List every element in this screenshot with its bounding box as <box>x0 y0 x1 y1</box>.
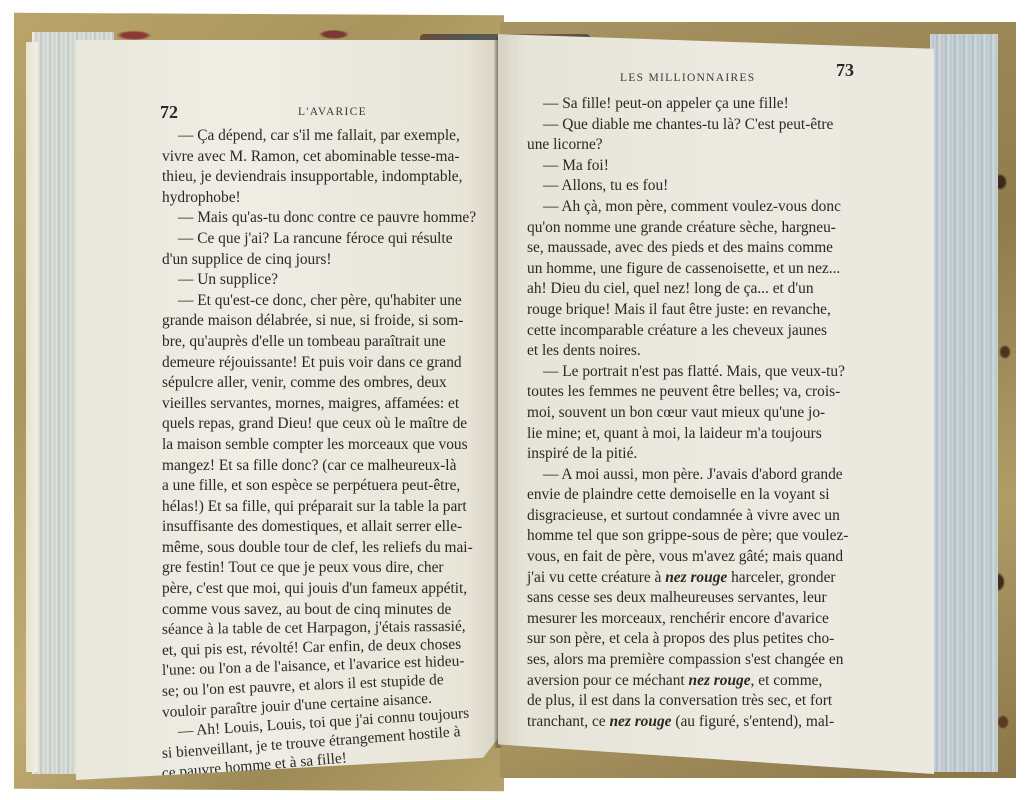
text-line: ah! Dieu du ciel, quel nez! long de ça..… <box>527 279 919 300</box>
text-line: vivre avec M. Ramon, cet abominable tess… <box>162 147 492 168</box>
running-head-left: L'AVARICE <box>298 106 367 118</box>
text-line: a une fille, et son espèce se perpétuera… <box>162 476 492 497</box>
text-line: de plus, il est dans la conversation trè… <box>527 691 919 712</box>
text-line: qu'on nomme une grande créature sèche, h… <box>527 218 919 239</box>
open-book: 72 L'AVARICE — Ça dépend, car s'il me fa… <box>0 0 1029 800</box>
text-line: — Ça dépend, car s'il me fallait, par ex… <box>162 126 492 147</box>
text-line: hélas!) Et sa fille, qui préparait sur l… <box>162 497 492 518</box>
text-line: thieu, je deviendrais insupportable, ind… <box>162 167 492 188</box>
text-line: sépulcre aller, venir, comme des ombres,… <box>162 373 492 394</box>
text-line: — A moi aussi, mon père. J'avais d'abord… <box>527 465 919 486</box>
text-line: cette incomparable créature a les cheveu… <box>527 321 919 342</box>
text-line: sur son père, et cela à propos des plus … <box>527 629 919 650</box>
right-page: LES MILLIONNAIRES 73 — Sa fille! peut-on… <box>498 34 934 774</box>
text-line: la maison semble compter les morceaux qu… <box>162 435 492 456</box>
text-line: gre festin! Tout ce que je peux vous dir… <box>162 558 492 579</box>
right-page-text: — Sa fille! peut-on appeler ça une fille… <box>527 94 919 732</box>
text-line: et les dents noires. <box>527 341 919 362</box>
text-line: — Allons, tu es fou! <box>527 176 919 197</box>
text-line: — Ma foi! <box>527 156 919 177</box>
text-line: vieilles servantes, mornes, maigres, aff… <box>162 394 492 415</box>
text-line: — Sa fille! peut-on appeler ça une fille… <box>527 94 919 115</box>
page-number-left: 72 <box>160 102 178 123</box>
text-line: toutes les femmes ne peuvent être belles… <box>527 382 919 403</box>
text-line: bre, qu'auprès d'elle un tombeau paraîtr… <box>162 332 492 353</box>
page-edges-right <box>930 34 998 772</box>
text-line: — Que diable me chantes-tu là? C'est peu… <box>527 115 919 136</box>
emphasis: nez rouge <box>609 713 671 730</box>
text-line: mangez! Et sa fille donc? (car ce malheu… <box>162 456 492 477</box>
text-line: — Un supplice? <box>162 270 492 291</box>
text-line: se, maussade, avec des pieds et des main… <box>527 238 919 259</box>
text-line: quels repas, grand Dieu! que ceux où le … <box>162 414 492 435</box>
text-line: — Ce que j'ai? La rancune féroce qui rés… <box>162 229 492 250</box>
text-line: j'ai vu cette créature à nez rouge harce… <box>527 568 919 589</box>
left-page: 72 L'AVARICE — Ça dépend, car s'il me fa… <box>76 40 500 780</box>
text-line: demeure réjouissante! Et puis voir dans … <box>162 353 492 374</box>
text-line: ses, alors ma première compassion s'est … <box>527 650 919 671</box>
text-line: sans cesse ses deux malheureuses servant… <box>527 588 919 609</box>
text-line: aversion pour ce méchant nez rouge, et c… <box>527 671 919 692</box>
text-line: inspiré de la pitié. <box>527 444 919 465</box>
text-line: tranchant, ce nez rouge (au figuré, s'en… <box>527 712 919 733</box>
text-line: vous, en fait de père, vous m'avez gâté;… <box>527 547 919 568</box>
text-line: moi, souvent un bon cœur vaut mieux qu'u… <box>527 403 919 424</box>
text-line: un homme, une figure de cassenoisette, e… <box>527 259 919 280</box>
text-line: envie de plaindre cette demoiselle en la… <box>527 485 919 506</box>
page-number-right: 73 <box>836 60 854 81</box>
left-page-text: — Ça dépend, car s'il me fallait, par ex… <box>162 126 492 780</box>
text-line: d'un supplice de cinq jours! <box>162 250 492 271</box>
text-line: hydrophobe! <box>162 188 492 209</box>
text-line: grande maison délabrée, si nue, si froid… <box>162 311 492 332</box>
text-line: insuffisante des domestiques, et allait … <box>162 517 492 538</box>
text-line: même, sous double tour de clef, les reli… <box>162 538 492 559</box>
text-line: — Mais qu'as-tu donc contre ce pauvre ho… <box>162 208 492 229</box>
emphasis: nez rouge <box>689 672 751 689</box>
text-line: homme tel que son grippe-sous de père; q… <box>527 526 919 547</box>
text-line: rouge brique! Mais il faut être juste: e… <box>527 300 919 321</box>
text-line: mesurer les morceaux, renchérir encore d… <box>527 609 919 630</box>
text-line: — Le portrait n'est pas flatté. Mais, qu… <box>527 362 919 383</box>
running-head-right: LES MILLIONNAIRES <box>620 72 756 84</box>
text-line: — Ah çà, mon père, comment voulez-vous d… <box>527 197 919 218</box>
text-line: une licorne? <box>527 135 919 156</box>
text-line: père, c'est que moi, qui jouis d'un fame… <box>162 579 492 600</box>
emphasis: nez rouge <box>665 569 727 586</box>
text-line: — Et qu'est-ce donc, cher père, qu'habit… <box>162 291 492 312</box>
text-line: lie mine; et, quant à moi, la laideur m'… <box>527 424 919 445</box>
text-line: disgracieuse, et surtout condamnée à viv… <box>527 506 919 527</box>
